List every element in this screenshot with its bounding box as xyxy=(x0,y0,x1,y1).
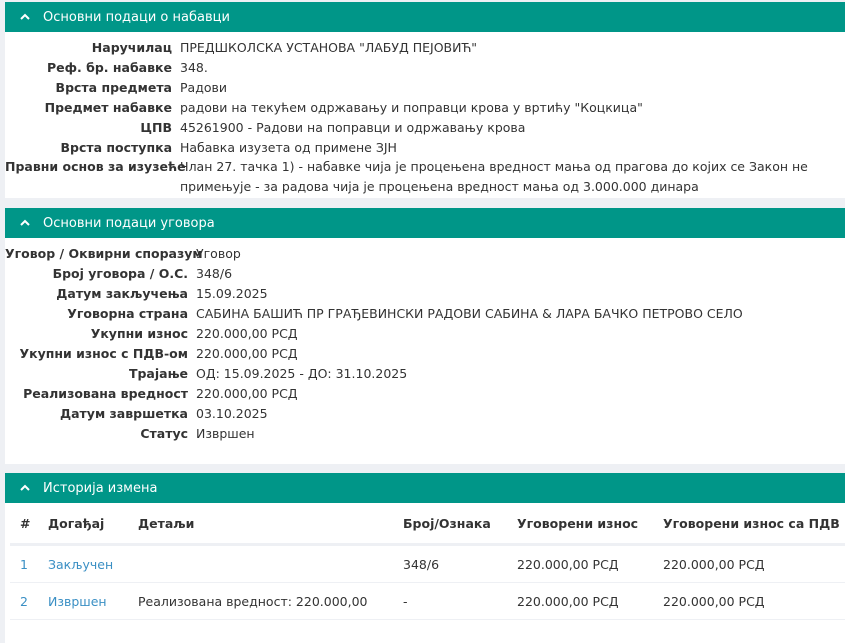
field-label: Реализована вредност xyxy=(5,386,196,401)
field-label: ЦПВ xyxy=(5,120,180,135)
row-details: Реализована вредност: 220.000,00 xyxy=(128,583,393,620)
field-label: Реф. бр. набавке xyxy=(5,60,180,75)
field-value: 220.000,00 РСД xyxy=(196,346,298,361)
row-num: 2 xyxy=(10,583,38,620)
field-value: радови на текућем одржавању и поправци к… xyxy=(180,100,643,115)
row-num: 1 xyxy=(10,545,38,583)
field-label: Уговорна страна xyxy=(5,306,196,321)
field-value: 15.09.2025 xyxy=(196,286,268,301)
row-amount-vat: 220.000,00 РСД xyxy=(653,583,845,620)
field-value: Члан 27. тачка 1) - набавке чија је проц… xyxy=(180,157,845,197)
status-value: Извршен xyxy=(196,426,255,441)
row-amount: 220.000,00 РСД xyxy=(507,583,653,620)
field-label: Предмет набавке xyxy=(5,100,180,115)
column-header-event: Догађај xyxy=(38,503,128,545)
field-label: Врста поступка xyxy=(5,140,180,155)
field-label: Укупни износ с ПДВ-ом xyxy=(5,346,196,361)
chevron-up-icon xyxy=(19,11,31,23)
history-panel-header[interactable]: Историја измена xyxy=(5,473,845,503)
column-header-ref: Број/Ознака xyxy=(393,503,507,545)
row-ref: - xyxy=(393,583,507,620)
row-event-link[interactable]: Закључен xyxy=(38,545,128,583)
field-label: Датум завршетка xyxy=(5,406,196,421)
field-label: Правни основ за изузеће xyxy=(5,157,180,177)
row-ref: 348/6 xyxy=(393,545,507,583)
panel-title: Историја измена xyxy=(43,481,157,496)
contract-panel-header[interactable]: Основни подаци уговора xyxy=(5,208,845,238)
row-amount: 220.000,00 РСД xyxy=(507,545,653,583)
field-value: Уговор xyxy=(196,246,241,261)
panel-title: Основни подаци о набавци xyxy=(43,10,230,25)
field-label: Датум закључења xyxy=(5,286,196,301)
history-panel: Историја измена # Догађај Детаљи Број/Оз… xyxy=(5,473,845,643)
column-header-num: # xyxy=(10,503,38,545)
field-label: Трајање xyxy=(5,366,196,381)
history-table: # Догађај Детаљи Број/Ознака Уговорени и… xyxy=(10,503,845,620)
field-value: САБИНА БАШИЋ ПР ГРАЂЕВИНСКИ РАДОВИ САБИН… xyxy=(196,306,743,321)
field-label: Уговор / Оквирни споразум xyxy=(5,246,196,261)
field-label: Број уговора / О.С. xyxy=(5,266,196,281)
field-label: Врста предмета xyxy=(5,80,180,95)
panel-title: Основни подаци уговора xyxy=(43,216,215,231)
procurement-panel-header[interactable]: Основни подаци о набавци xyxy=(5,2,845,32)
field-value: ПРЕДШКОЛСКА УСТАНОВА "ЛАБУД ПЕЈОВИЋ" xyxy=(180,40,477,55)
row-event-link[interactable]: Извршен xyxy=(38,583,128,620)
field-value: 220.000,00 РСД xyxy=(196,386,298,401)
column-header-details: Детаљи xyxy=(128,503,393,545)
field-value: 03.10.2025 xyxy=(196,406,268,421)
column-header-amount: Уговорени износ xyxy=(507,503,653,545)
chevron-up-icon xyxy=(19,217,31,229)
field-value: 220.000,00 РСД xyxy=(196,326,298,341)
chevron-up-icon xyxy=(19,482,31,494)
procurement-panel: Основни подаци о набавци НаручилацПРЕДШК… xyxy=(5,2,845,198)
field-value: 348/6 xyxy=(196,266,232,281)
field-label: Укупни износ xyxy=(5,326,196,341)
field-label: Наручилац xyxy=(5,40,180,55)
field-value: ОД: 15.09.2025 - ДО: 31.10.2025 xyxy=(196,366,407,381)
row-details xyxy=(128,545,393,583)
table-row: 2 Извршен Реализована вредност: 220.000,… xyxy=(10,583,845,620)
field-value: 348. xyxy=(180,60,208,75)
field-value: 45261900 - Радови на поправци и одржавањ… xyxy=(180,120,525,135)
field-label: Статус xyxy=(5,426,196,441)
field-value: Набавка изузета од примене ЗЈН xyxy=(180,140,397,155)
row-amount-vat: 220.000,00 РСД xyxy=(653,545,845,583)
column-header-amount-vat: Уговорени износ са ПДВ xyxy=(653,503,845,545)
contract-panel: Основни подаци уговора Уговор / Оквирни … xyxy=(5,208,845,464)
field-value: Радови xyxy=(180,80,227,95)
table-row: 1 Закључен 348/6 220.000,00 РСД 220.000,… xyxy=(10,545,845,583)
